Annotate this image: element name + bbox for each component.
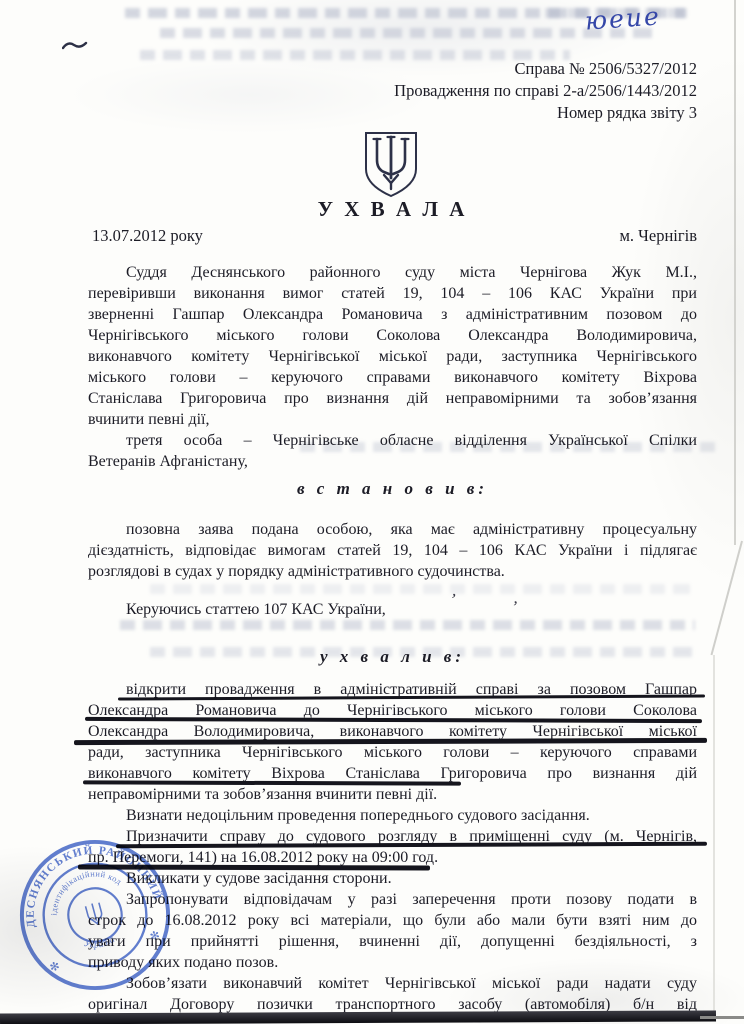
document-date: 13.07.2012 року: [92, 226, 203, 245]
document-line: Станіслава Григоровича про визнання дій …: [88, 388, 697, 409]
document-line: пр. Перемоги, 141) на 16.08.2012 року на…: [88, 847, 697, 868]
ruled-heading: у х в а л и в:: [88, 646, 697, 667]
paper-edge-line: [713, 655, 715, 1015]
document-line: вчинити певні дії,: [88, 409, 697, 430]
document-line: виконавчого комітету Віхрова Станіслава …: [88, 763, 697, 784]
document-line: виконавчого комітету Чернігівської міськ…: [88, 346, 697, 367]
document-line: Призначити справу до судового розгляду в…: [88, 826, 697, 847]
document-line: Зобов’язати виконавчий комітет Чернігівс…: [88, 973, 697, 994]
case-number-line: Справа № 2506/5327/2012: [394, 58, 697, 80]
svg-text:Україна: Україна: [80, 930, 117, 954]
stamp-star-icon: ✻: [148, 928, 161, 944]
document-line: третя особа – Чернігівське обласне відді…: [88, 430, 697, 451]
case-header: Справа № 2506/5327/2012 Провадження по с…: [394, 58, 697, 124]
ukraine-trident-emblem: [362, 131, 420, 204]
report-row-line: Номер рядка звіту 3: [394, 102, 697, 124]
document-line: Суддя Деснянського районного суду міста …: [88, 262, 697, 283]
pen-scribble-icon: [62, 38, 88, 56]
document-line: Чернігівського міського голови Соколова …: [88, 325, 697, 346]
document-page: юеие ’ , Справа № 2506/5327/2012 Провадж…: [0, 0, 744, 1024]
stamp-star-icon: ✻: [48, 959, 61, 975]
pen-underline: [83, 780, 461, 785]
intro-paragraph: Суддя Деснянського районного суду міста …: [88, 262, 697, 430]
document-line: Визнати недоцільним проведення попереднь…: [88, 805, 697, 826]
document-line: дієздатність, відповідає вимогам статей …: [88, 540, 697, 561]
document-line: розглядові в судах у порядку адміністрат…: [88, 561, 697, 582]
document-line: зверненні Гашпар Олександра Романовича з…: [88, 304, 697, 325]
document-line: неправомірними та зобов’язання вчинити п…: [88, 784, 697, 805]
document-title: У Х В А Л А: [88, 197, 697, 222]
paper-crease: [710, 541, 742, 655]
document-body: Суддя Деснянського районного суду міста …: [88, 262, 697, 1015]
document-line: відкрити провадження в адміністративній …: [88, 679, 697, 700]
document-line: Викликати у судове засідання сторони.: [88, 868, 697, 889]
scan-bottom-shadow: [700, 1016, 744, 1019]
document-line: ради, заступника Чернігівського міського…: [88, 742, 697, 763]
document-line: перевіривши виконання вимог статей 19, 1…: [88, 283, 697, 304]
document-line: Олександра Володимировича, виконавчого к…: [88, 721, 697, 742]
stamp-country-text: Україна: [80, 930, 117, 954]
document-place: м. Чернігів: [619, 226, 697, 246]
scan-bottom-shadow: [0, 1010, 716, 1024]
proceeding-number-line: Провадження по справі 2-а/2506/1443/2012: [394, 80, 697, 102]
established-heading: в с т а н о в и в:: [88, 478, 697, 499]
stamp-trident-icon: [85, 902, 104, 926]
third-party-paragraph: третя особа – Чернігівське обласне відді…: [88, 430, 697, 472]
document-line: позовна заява подана особою, яка має адм…: [88, 519, 697, 540]
motivation-paragraph: позовна заява подана особою, яка має адм…: [88, 519, 697, 582]
paper-edge-line: [734, 0, 736, 545]
document-line: Керуючись статтею 107 КАС України,: [88, 599, 697, 620]
document-line: Ветеранів Афганістану,: [88, 451, 697, 472]
dateline: 13.07.2012 року м. Чернігів: [92, 226, 697, 246]
document-line: міського голови – керуючого справами вик…: [88, 367, 697, 388]
document-line: Запропонувати відповідачам у разі запере…: [88, 889, 697, 910]
document-line: Олександра Романовича до Чернігівського …: [88, 700, 697, 721]
handwritten-note: юеие: [584, 1, 662, 35]
legal-basis-line: Керуючись статтею 107 КАС України,: [88, 599, 697, 620]
